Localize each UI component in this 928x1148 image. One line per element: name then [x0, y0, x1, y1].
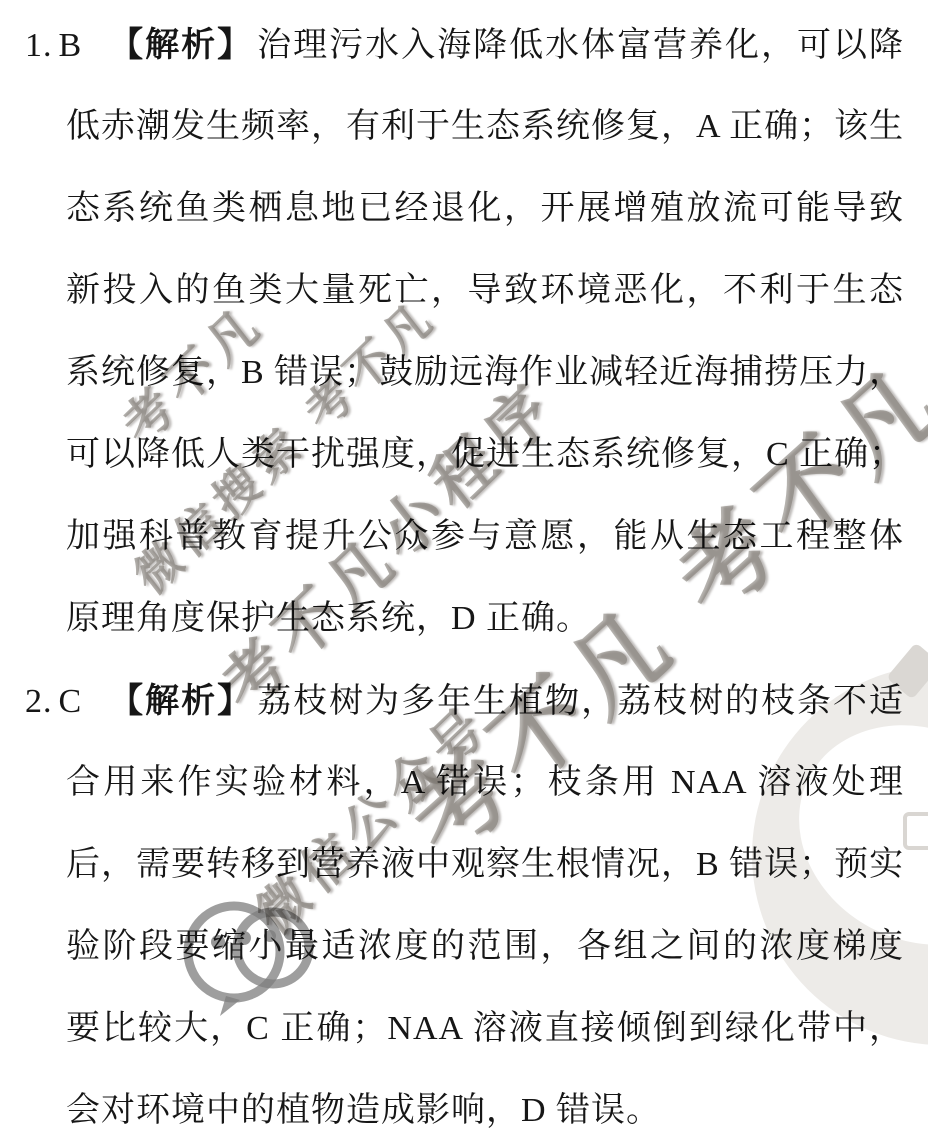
answer-line-text: 加强科普教育提升公众参与意愿，能从生态工程整体 [66, 518, 904, 555]
answer-line-text: 合用来作实验材料，A 错误；枝条用 NAA 溶液处理 [66, 764, 904, 801]
answer-line: 原理角度保护生态系统，D 正确。 [66, 578, 904, 660]
answer-line-text: 态系统鱼类栖息地已经退化，开展增殖放流可能导致 [66, 190, 904, 227]
answer-line-text: 治理污水入海降低水体富营养化，可以降 [257, 27, 904, 64]
answer-line-text: 验阶段要缩小最适浓度的范围，各组之间的浓度梯度 [66, 928, 904, 965]
answer-choice: B [59, 27, 83, 64]
answer-line-text: 原理角度保护生态系统，D 正确。 [66, 600, 591, 637]
answer-line: 要比较大，C 正确；NAA 溶液直接倾倒到绿化带中， [66, 988, 904, 1070]
answer-line: 后，需要转移到营养液中观察生根情况，B 错误；预实 [66, 824, 904, 906]
answer-line: 合用来作实验材料，A 错误；枝条用 NAA 溶液处理 [66, 742, 904, 824]
explanation-label: 【解析】 [108, 26, 253, 64]
answers-text: 1.B【解析】治理污水入海降低水体富营养化，可以降 低赤潮发生频率，有利于生态系… [0, 0, 928, 1148]
answer-line: 验阶段要缩小最适浓度的范围，各组之间的浓度梯度 [66, 906, 904, 988]
question-number: 1. [25, 27, 53, 64]
answer-choice: C [59, 683, 83, 720]
answer-line-text: 系统修复，B 错误；鼓励远海作业减轻近海捕捞压力， [66, 354, 904, 391]
answer-line: 低赤潮发生频率，有利于生态系统修复，A 正确；该生 [66, 86, 904, 168]
answer-line: 1.B【解析】治理污水入海降低水体富营养化，可以降 [25, 4, 904, 86]
answer-line-text: 低赤潮发生频率，有利于生态系统修复，A 正确；该生 [66, 108, 904, 145]
answer-line-text: 会对环境中的植物造成影响，D 错误。 [66, 1092, 661, 1129]
answer-line-text: 可以降低人类干扰强度，促进生态系统修复，C 正确； [66, 436, 904, 473]
answer-line: 加强科普教育提升公众参与意愿，能从生态工程整体 [66, 496, 904, 578]
answer-line: 新投入的鱼类大量死亡，导致环境恶化，不利于生态 [66, 250, 904, 332]
answer-sheet-page: 1.B【解析】治理污水入海降低水体富营养化，可以降 低赤潮发生频率，有利于生态系… [0, 0, 928, 1148]
answer-line-text: 荔枝树为多年生植物，荔枝树的枝条不适 [257, 683, 904, 720]
answer-line: 态系统鱼类栖息地已经退化，开展增殖放流可能导致 [66, 168, 904, 250]
question-number: 2. [25, 683, 53, 720]
answer-line-text: 后，需要转移到营养液中观察生根情况，B 错误；预实 [66, 846, 904, 883]
answer-line: 可以降低人类干扰强度，促进生态系统修复，C 正确； [66, 414, 904, 496]
answer-line: 2.C【解析】荔枝树为多年生植物，荔枝树的枝条不适 [25, 660, 904, 742]
answer-line: 会对环境中的植物造成影响，D 错误。 [66, 1070, 904, 1148]
answer-line-text: 新投入的鱼类大量死亡，导致环境恶化，不利于生态 [66, 272, 904, 309]
answer-line: 系统修复，B 错误；鼓励远海作业减轻近海捕捞压力， [66, 332, 904, 414]
answer-item-1: 1.B【解析】治理污水入海降低水体富营养化，可以降 低赤潮发生频率，有利于生态系… [0, 0, 928, 660]
explanation-label: 【解析】 [108, 682, 253, 720]
answer-item-2: 2.C【解析】荔枝树为多年生植物，荔枝树的枝条不适 合用来作实验材料，A 错误；… [0, 660, 928, 1148]
answer-line-text: 要比较大，C 正确；NAA 溶液直接倾倒到绿化带中， [66, 1010, 904, 1047]
